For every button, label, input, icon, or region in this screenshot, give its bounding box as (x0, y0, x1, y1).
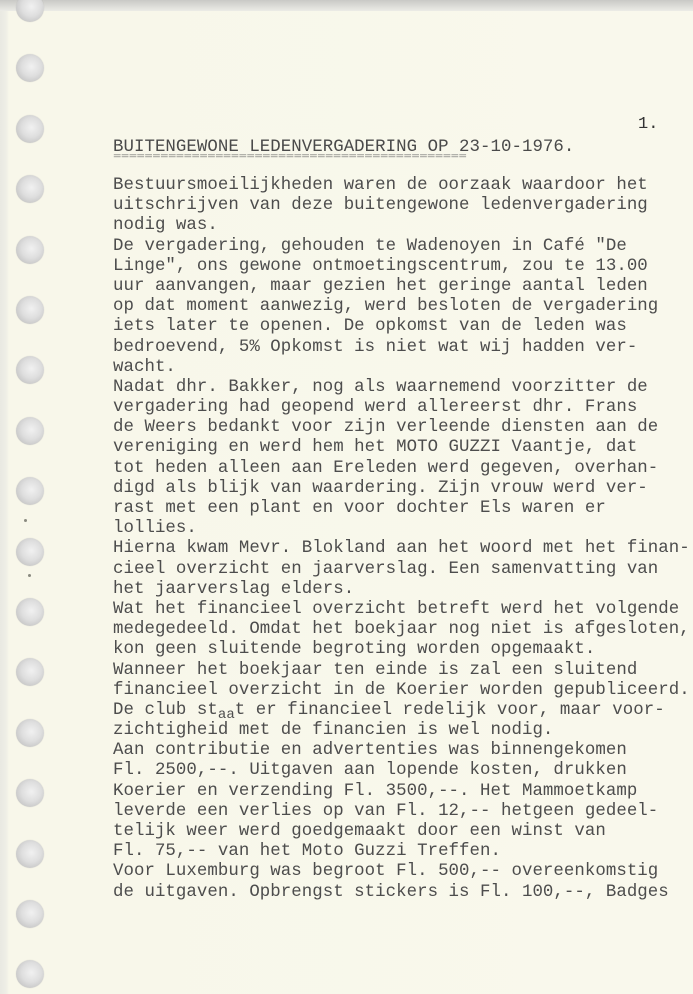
text-line: rast met een plant en voor dochter Els w… (113, 499, 693, 519)
binder-hole (16, 356, 44, 384)
text-line: Nadat dhr. Bakker, nog als waarnemend vo… (113, 378, 693, 398)
binder-hole (16, 658, 44, 686)
text-line: wacht. (113, 358, 693, 378)
title-underline: ========================================… (113, 152, 466, 162)
paper-speck (28, 574, 31, 577)
text-line: Bestuursmoeilijkheden waren de oorzaak w… (113, 176, 693, 196)
binder-hole (16, 900, 44, 928)
text-line: Fl. 2500,--. Uitgaven aan lopende kosten… (113, 761, 693, 781)
binder-hole (16, 236, 44, 264)
text-line: De club staat er financieel redelijk voo… (113, 701, 693, 721)
text-line: vergadering had geopend werd allereerst … (113, 398, 693, 418)
binder-hole (16, 960, 44, 988)
binder-hole (16, 719, 44, 747)
text-line: cieel overzicht en jaarverslag. Een same… (113, 560, 693, 580)
text-line: medegedeeld. Omdat het boekjaar nog niet… (113, 620, 693, 640)
binder-hole (16, 477, 44, 505)
text-line: zichtigheid met de financien is wel nodi… (113, 721, 693, 741)
binder-hole (16, 0, 44, 22)
text-line: uitschrijven van deze buitengewone leden… (113, 196, 693, 216)
subscript-typo: aa (218, 707, 235, 723)
text-line: de uitgaven. Opbrengst stickers is Fl. 1… (113, 883, 693, 903)
binder-hole (16, 115, 44, 143)
text-line: nodig was. (113, 216, 693, 236)
text-line: kon geen sluitende begroting worden opge… (113, 640, 693, 660)
paper-speck (24, 519, 27, 522)
text-line: De vergadering, gehouden te Wadenoyen in… (113, 237, 693, 257)
text-line: Voor Luxemburg was begroot Fl. 500,-- ov… (113, 862, 693, 882)
text-line: Linge", ons gewone ontmoetingscentrum, z… (113, 257, 693, 277)
document-body: Bestuursmoeilijkheden waren de oorzaak w… (113, 176, 693, 903)
binder-hole (16, 175, 44, 203)
typed-page: 1. BUITENGEWONE LEDENVERGADERING OP 23-1… (0, 0, 693, 994)
binder-hole (16, 538, 44, 566)
text-line: Aan contributie en advertenties was binn… (113, 741, 693, 761)
binder-hole (16, 779, 44, 807)
text-line: Wanneer het boekjaar ten einde is zal ee… (113, 661, 693, 681)
text-line: de Weers bedankt voor zijn verleende die… (113, 418, 693, 438)
binder-hole (16, 598, 44, 626)
text-line: telijk weer werd goedgemaakt door een wi… (113, 822, 693, 842)
text-line: het jaarverslag elders. (113, 580, 693, 600)
text-line: Koerier en verzending Fl. 3500,--. Het M… (113, 782, 693, 802)
page-number: 1. (638, 115, 658, 134)
text-line: tot heden alleen aan Ereleden werd gegev… (113, 459, 693, 479)
binder-hole (16, 417, 44, 445)
text-line: Wat het financieel overzicht betreft wer… (113, 600, 693, 620)
text-line: financieel overzicht in de Koerier worde… (113, 681, 693, 701)
text-line: lollies. (113, 519, 693, 539)
text-line: uur aanvangen, maar gezien het geringe a… (113, 277, 693, 297)
text-line: leverde een verlies op van Fl. 12,-- het… (113, 802, 693, 822)
binder-hole (16, 840, 44, 868)
text-line: bedroevend, 5% Opkomst is niet wat wij h… (113, 338, 693, 358)
text-line: Hierna kwam Mevr. Blokland aan het woord… (113, 539, 693, 559)
text-line: vereniging en werd hem het MOTO GUZZI Va… (113, 438, 693, 458)
text-line: op dat moment aanwezig, werd besloten de… (113, 297, 693, 317)
text-line: digd als blijk van waardering. Zijn vrou… (113, 479, 693, 499)
binder-hole (16, 54, 44, 82)
text-line: Fl. 75,-- van het Moto Guzzi Treffen. (113, 842, 693, 862)
text-line: iets later te openen. De opkomst van de … (113, 317, 693, 337)
scan-top-edge (0, 0, 693, 11)
binder-hole (16, 296, 44, 324)
